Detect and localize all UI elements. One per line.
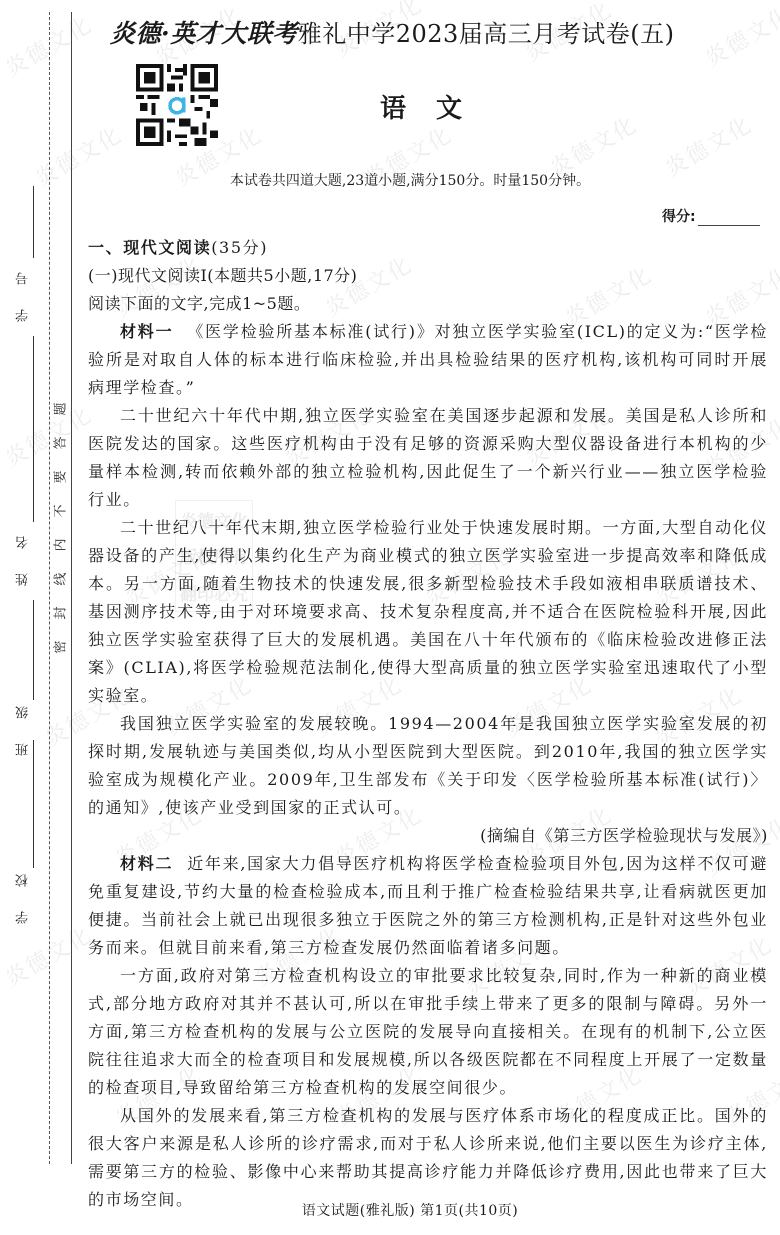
exam-instructions: 本试卷共四道大题,23道小题,满分150分。时量150分钟。 bbox=[0, 170, 780, 190]
material-source: (摘编自《第三方医学检验现状与发展》) bbox=[88, 822, 768, 850]
section-points: (35分) bbox=[211, 238, 268, 257]
material-paragraph: 二十世纪六十年代中期,独立医学实验室在美国逐步起源和发展。美国是私人诊所和医院发… bbox=[88, 402, 768, 514]
exam-title: 炎德·英才大联考雅礼中学2023届高三月考试卷(五) bbox=[110, 14, 770, 50]
class-field-line[interactable] bbox=[33, 740, 34, 868]
exam-title-text: 雅礼中学2023届高三月考试卷(五) bbox=[298, 20, 675, 48]
name-label: 姓 名 bbox=[14, 526, 32, 586]
material-paragraph: 材料二近年来,国家大力倡导医疗机构将医学检查检验项目外包,因为这样不仅可避免重复… bbox=[88, 850, 768, 962]
score-field[interactable]: 得分: bbox=[662, 206, 760, 226]
name-field-line[interactable] bbox=[33, 336, 34, 522]
material-paragraph: 二十世纪八十年代末期,独立医学检验行业处于快速发展时期。一方面,大型自动化仪器设… bbox=[88, 514, 768, 710]
seal-char: 答 bbox=[45, 436, 79, 449]
qr-code-icon[interactable] bbox=[135, 64, 219, 146]
material-paragraph: 从国外的发展来看,第三方检查机构的发展与医疗体系市场化的程度成正比。国外的很大客… bbox=[88, 1102, 768, 1214]
score-label: 得分: bbox=[662, 206, 696, 226]
seal-char: 封 bbox=[45, 606, 79, 619]
name-field-line-lower[interactable] bbox=[33, 600, 34, 700]
material-paragraph: 一方面,政府对第三方检查机构设立的审批要求比较复杂,同时,作为一种新的商业模式,… bbox=[88, 962, 768, 1102]
student-id-label: 学 号 bbox=[14, 262, 32, 322]
subject-title: 语文 bbox=[380, 88, 492, 125]
material-label: 材料二 bbox=[120, 854, 173, 873]
subsection-heading: (一)现代文阅读Ⅰ(本题共5小题,17分) bbox=[88, 262, 768, 290]
material-label: 材料一 bbox=[120, 322, 173, 341]
seal-char: 题 bbox=[45, 402, 79, 415]
seal-char: 内 bbox=[45, 538, 79, 551]
seal-notice: 题 答 要 不 内 线 封 密 bbox=[55, 392, 69, 664]
score-blank[interactable] bbox=[698, 210, 760, 226]
page-footer: 语文试题(雅礼版) 第1页(共10页) bbox=[0, 1200, 780, 1220]
student-id-field-line[interactable] bbox=[33, 186, 34, 258]
exam-brand: 炎德·英才大联考 bbox=[110, 19, 298, 48]
reading-passage: 一、现代文阅读(35分) (一)现代文阅读Ⅰ(本题共5小题,17分) 阅读下面的… bbox=[88, 234, 768, 1214]
seal-char: 密 bbox=[45, 640, 79, 653]
reading-instruction: 阅读下面的文字,完成1~5题。 bbox=[88, 290, 768, 318]
seal-char: 线 bbox=[45, 572, 79, 585]
school-label: 学 校 bbox=[14, 864, 32, 924]
class-label: 班 级 bbox=[14, 696, 32, 756]
section-heading: 一、现代文阅读(35分) bbox=[88, 234, 768, 262]
material-paragraph: 材料一《医学检验所基本标准(试行)》对独立医学实验室(ICL)的定义为:“医学检… bbox=[88, 318, 768, 402]
seal-char: 要 bbox=[45, 470, 79, 483]
seal-char: 不 bbox=[45, 504, 79, 517]
material-paragraph: 我国独立医学实验室的发展较晚。1994—2004年是我国独立医学实验室发展的初探… bbox=[88, 710, 768, 822]
